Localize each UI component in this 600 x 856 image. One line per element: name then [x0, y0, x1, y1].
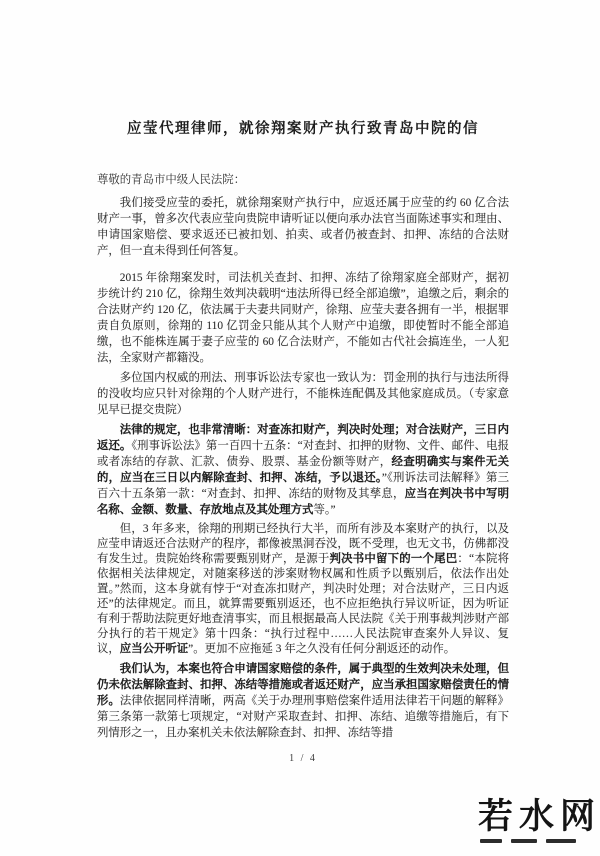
page-number: 1 / 4 [97, 753, 509, 764]
paragraph-legal-provisions: 法律的规定，也非常清晰：对查冻扣财产，判决时处理；对合法财产，三日内返还。《刑事… [97, 422, 509, 518]
paragraph-2015-seizure: 2015 年徐翔案发时，司法机关查封、扣押、冻结了徐翔家庭全部财产，据初步统计约… [97, 270, 509, 366]
paragraph-state-compensation: 我们认为，本案也符合申请国家赔偿的条件，属于典型的生效判决未处理，但仍未依法解除… [97, 661, 509, 741]
regular-text: 等。” [313, 504, 335, 516]
bold-public-hearing: 应当公开听证 [120, 643, 188, 655]
regular-text: ：“本院将依据相关法律规定，对随案移送的涉案财物权属和性质予以甄别后，依法作出处… [97, 553, 509, 655]
regular-text: ”。更加不应拖延 3 年之久没有任何分割返还的动作。 [188, 643, 455, 655]
paragraph-intro: 我们接受应莹的委托，就徐翔案财产执行中，应返还属于应莹的约 60 亿合法财产一事… [97, 195, 509, 259]
bold-judgment-tail: 判决书中留下的一个尾巴 [330, 553, 458, 565]
paragraph-experts-opinion: 多位国内权威的刑法、刑事诉讼法专家也一致认为：罚金刑的执行与违法所得的没收均应只… [97, 370, 509, 418]
document-page: 应莹代理律师，就徐翔案财产执行致青岛中院的信 尊敬的青岛市中级人民法院： 我们接… [97, 0, 509, 764]
watermark-subtext-mark [480, 839, 502, 843]
watermark-subtext-mark [546, 839, 576, 843]
paragraph-three-years-delay: 但，3 年多来，徐翔的刑期已经执行大半，而所有涉及本案财产的执行，以及应莹申请返… [97, 522, 509, 657]
watermark-subtext-mark [511, 839, 537, 843]
regular-text: 法律依据同样清晰，两高《关于办理刑事赔偿案件适用法律若干问题的解释》第三条第一款… [97, 695, 509, 739]
watermark-text: 若水网 [478, 797, 598, 837]
watermark: 若水网 [478, 797, 598, 843]
salutation-line: 尊敬的青岛市中级人民法院： [97, 172, 509, 188]
page-title: 应莹代理律师，就徐翔案财产执行致青岛中院的信 [97, 119, 509, 139]
watermark-subtext-marks [478, 839, 598, 843]
